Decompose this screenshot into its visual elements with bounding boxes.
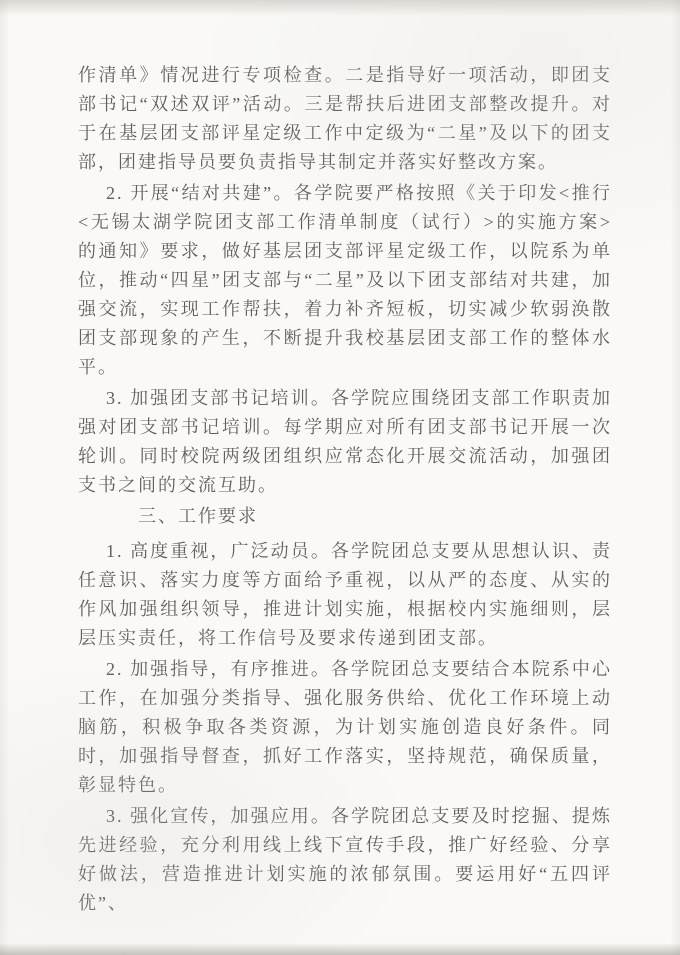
paragraph-item-3-xuanchuan: 3. 强化宣传，加强应用。各学院团总支要及时挖掘、提炼先进经验，充分利用线上线下… bbox=[78, 802, 612, 918]
paragraph-continuation: 作清单》情况进行专项检查。二是指导好一项活动，即团支部书记“双述双评”活动。三是… bbox=[78, 61, 612, 177]
section-heading-gongzuo-yaoqiu: 三、工作要求 bbox=[78, 502, 612, 531]
paragraph-item-1-zhongshi: 1. 高度重视，广泛动员。各学院团总支要从思想认识、责任意识、落实力度等方面给予… bbox=[78, 537, 612, 653]
paragraph-item-2-jiedui: 2. 开展“结对共建”。各学院要严格按照《关于印发<推行<无锡太湖学院团支部工作… bbox=[78, 179, 612, 382]
document-body: 作清单》情况进行专项检查。二是指导好一项活动，即团支部书记“双述双评”活动。三是… bbox=[78, 61, 612, 920]
paragraph-item-3-peixun: 3. 加强团支部书记培训。各学院应围绕团支部工作职责加强对团支部书记培训。每学期… bbox=[78, 384, 612, 500]
paragraph-item-2-zhidao: 2. 加强指导，有序推进。各学院团总支要结合本院系中心工作，在加强分类指导、强化… bbox=[78, 655, 612, 800]
scanned-document-page: 作清单》情况进行专项检查。二是指导好一项活动，即团支部书记“双述双评”活动。三是… bbox=[0, 0, 680, 955]
